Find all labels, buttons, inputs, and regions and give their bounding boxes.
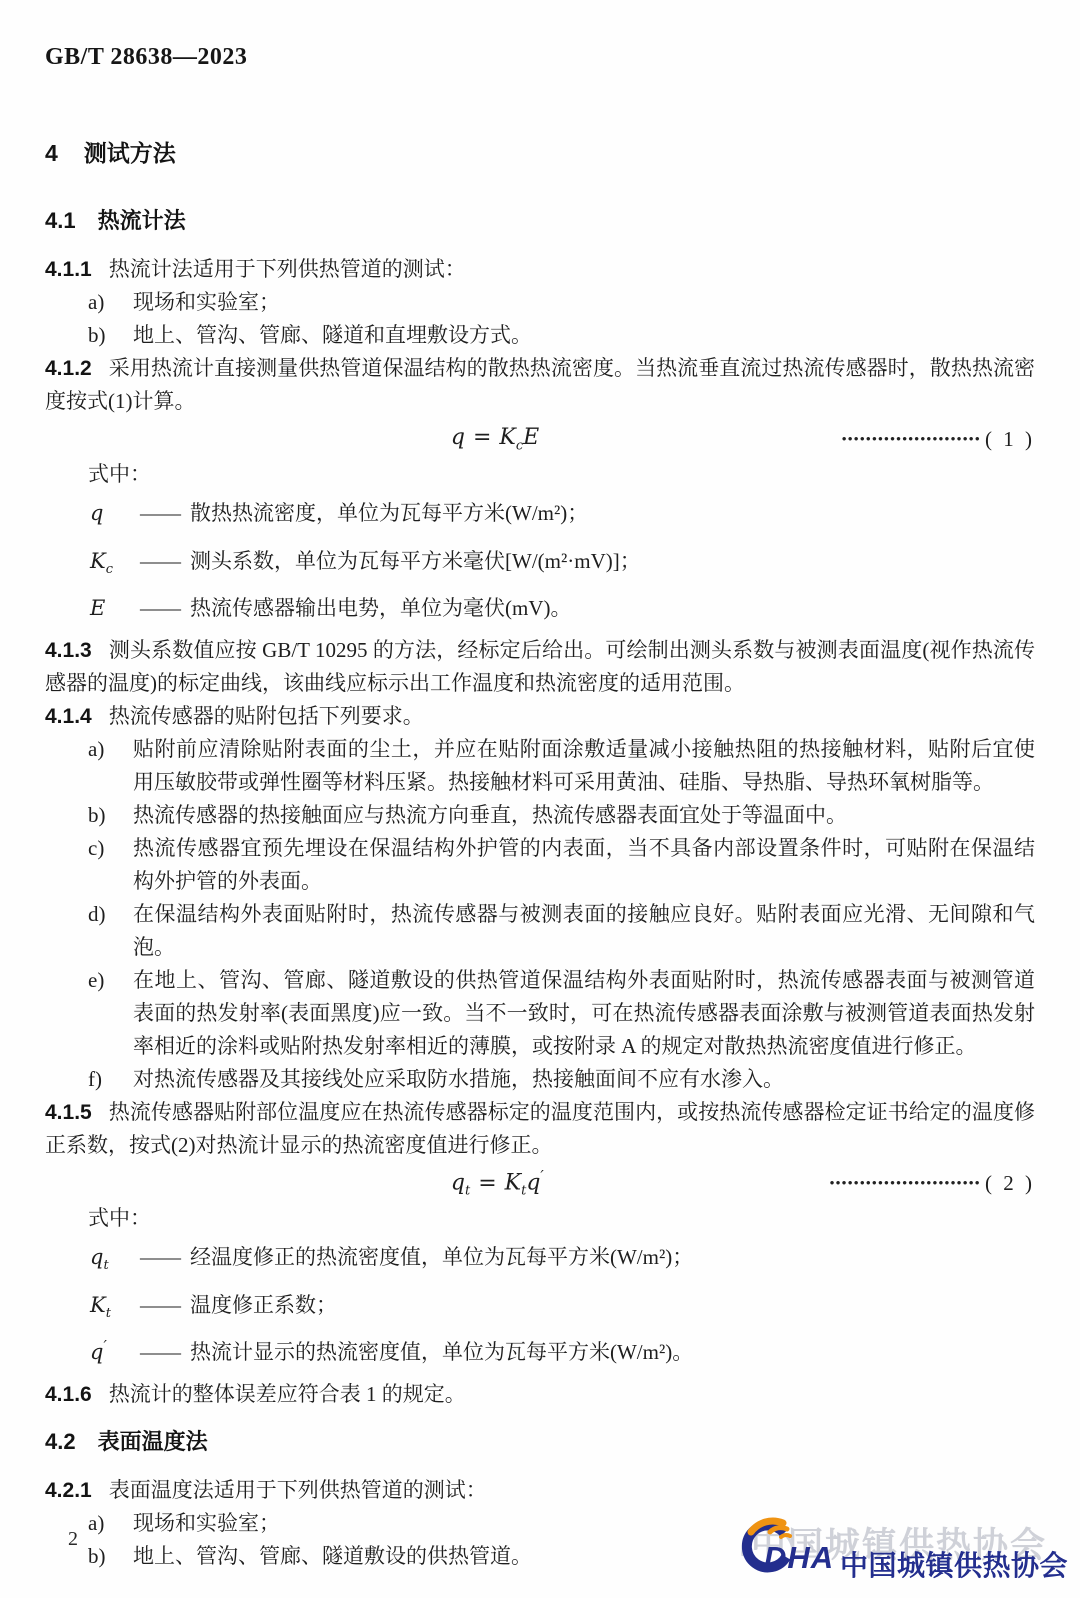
list-marker: a) (88, 286, 104, 319)
list-marker: d) (88, 898, 106, 931)
formula-leader: •••••••••••••••••••••••••( 2 ) (830, 1171, 1035, 1196)
list-text: 对热流传感器及其接线处应采取防水措施，热接触面间不应有水渗入。 (133, 1067, 784, 1091)
formula-var: E (523, 425, 539, 450)
definition-text: 温度修正系数； (190, 1289, 337, 1323)
document-page: GB/T 28638—2023 4 测试方法 4.1 热流计法 4.1.1热流计… (0, 0, 1080, 1598)
clause-4-1-3: 4.1.3测头系数值应按 GB/T 10295 的方法，经标定后给出。可绘制出测… (45, 634, 1035, 700)
leader-dots: ••••••••••••••••••••••••• (830, 1175, 981, 1191)
standard-code: GB/T 28638—2023 (45, 44, 1035, 71)
list-marker: a) (88, 733, 104, 766)
list-marker: e) (88, 964, 104, 997)
section-heading-4: 4 测试方法 (45, 135, 1035, 168)
list-item: f)对热流传感器及其接线处应采取防水措施，热接触面间不应有水渗入。 (45, 1063, 1035, 1096)
symbol: Kc (90, 539, 140, 587)
formula-operator: = (465, 425, 499, 450)
definition-dash: —— (140, 497, 180, 531)
clause-4-1-2: 4.1.2采用热流计直接测量供热管道保温结构的散热热流密度。当热流垂直流过热流传… (45, 352, 1035, 418)
clause-text: 热流计法适用于下列供热管道的测试： (109, 257, 466, 281)
definition-dash: —— (140, 592, 180, 626)
list-text: 地上、管沟、管廊、隧道和直埋敷设方式。 (133, 323, 532, 347)
logo-org-name: 中国城镇供热协会 (840, 1544, 1068, 1584)
definition-dash: —— (140, 1289, 180, 1323)
formula-expression: qt=Ktq′ (451, 1167, 544, 1199)
definition-text: 散热热流密度，单位为瓦每平方米(W/m²)； (190, 497, 588, 531)
list-item: b)热流传感器的热接触面应与热流方向垂直，热流传感器表面宜处于等温面中。 (45, 799, 1035, 832)
clause-4-1-6: 4.1.6热流计的整体误差应符合表 1 的规定。 (45, 1378, 1035, 1411)
where-label: 式中： (45, 1202, 1035, 1235)
definition-dash: —— (140, 1336, 180, 1370)
clause-text: 表面温度法适用于下列供热管道的测试： (109, 1478, 487, 1502)
cdha-logo: 中国城镇供热协会 DHA 中国城镇供热协会 (737, 1504, 1072, 1588)
symbol: Kt (90, 1283, 140, 1331)
formula-expression: q=KcE (451, 425, 539, 453)
symbol-definition: Kc——测头系数，单位为瓦每平方米毫伏[W/(m²·mV)]； (45, 539, 1035, 587)
where-label: 式中： (45, 458, 1035, 491)
clause-number: 4.1.1 (45, 258, 92, 281)
page-number: 2 (68, 1528, 78, 1551)
symbol-definition: qt——经温度修正的热流密度值，单位为瓦每平方米(W/m²)； (45, 1235, 1035, 1283)
definition-dash: —— (140, 1241, 180, 1275)
section-title: 热流计法 (98, 204, 186, 235)
clause-number: 4.1.6 (45, 1383, 92, 1406)
formula-var: K (505, 1171, 521, 1196)
list-marker: f) (88, 1063, 102, 1096)
section-number: 4.1 (45, 208, 76, 234)
clause-number: 4.1.2 (45, 357, 92, 380)
list-text: 现场和实验室； (133, 290, 280, 314)
list-item: c)热流传感器宜预先埋设在保温结构外护管的内表面，当不具备内部设置条件时，可贴附… (45, 832, 1035, 898)
clause-text: 热流传感器的贴附包括下列要求。 (109, 704, 424, 728)
formula-var: K (499, 425, 515, 450)
clause-4-1-4: 4.1.4热流传感器的贴附包括下列要求。 (45, 700, 1035, 733)
list-item: b)地上、管沟、管廊、隧道和直埋敷设方式。 (45, 319, 1035, 352)
list-text: 现场和实验室； (133, 1511, 280, 1535)
formula-2: qt=Ktq′ •••••••••••••••••••••••••( 2 ) (45, 1164, 1035, 1202)
symbol-definition: Kt——温度修正系数； (45, 1283, 1035, 1331)
symbol: q′ (90, 1330, 140, 1378)
clause-text: 测头系数值应按 GB/T 10295 的方法，经标定后给出。可绘制出测头系数与被… (45, 638, 1035, 695)
definition-text: 测头系数，单位为瓦每平方米毫伏[W/(m²·mV)]； (190, 545, 641, 579)
list-marker: b) (88, 799, 106, 832)
clause-text: 热流传感器贴附部位温度应在热流传感器标定的温度范围内，或按热流传感器检定证书给定… (45, 1100, 1035, 1157)
list-item: d)在保温结构外表面贴附时，热流传感器与被测表面的接触应良好。贴附表面应光滑、无… (45, 898, 1035, 964)
list-text: 热流传感器宜预先埋设在保温结构外护管的内表面，当不具备内部设置条件时，可贴附在保… (133, 836, 1035, 893)
definition-text: 经温度修正的热流密度值，单位为瓦每平方米(W/m²)； (190, 1241, 693, 1275)
clause-4-1-5: 4.1.5热流传感器贴附部位温度应在热流传感器标定的温度范围内，或按热流传感器检… (45, 1096, 1035, 1162)
formula-leader: •••••••••••••••••••••••( 1 ) (842, 427, 1035, 452)
list-text: 在地上、管沟、管廊、隧道敷设的供热管道保温结构外表面贴附时，热流传感器表面与被测… (133, 968, 1035, 1058)
list-text: 贴附前应清除贴附表面的尘土，并应在贴附面涂敷适量减小接触热阻的热接触材料，贴附后… (133, 737, 1035, 794)
formula-var: q (451, 1171, 465, 1196)
formula-operator: = (470, 1171, 504, 1196)
clause-number: 4.1.5 (45, 1101, 92, 1124)
clause-number: 4.1.4 (45, 705, 92, 728)
clause-4-1-1: 4.1.1热流计法适用于下列供热管道的测试： (45, 253, 1035, 286)
section-heading-4-1: 4.1 热流计法 (45, 204, 1035, 235)
formula-number: ( 1 ) (985, 427, 1035, 452)
list-marker: a) (88, 1507, 104, 1540)
section-title: 表面温度法 (98, 1425, 208, 1456)
list-item: e)在地上、管沟、管廊、隧道敷设的供热管道保温结构外表面贴附时，热流传感器表面与… (45, 964, 1035, 1063)
list-marker: b) (88, 1540, 106, 1573)
leader-dots: ••••••••••••••••••••••• (842, 431, 981, 447)
clause-text: 热流计的整体误差应符合表 1 的规定。 (109, 1382, 466, 1406)
formula-number: ( 2 ) (985, 1171, 1035, 1196)
clause-text: 采用热流计直接测量供热管道保温结构的散热热流密度。当热流垂直流过热流传感器时，散… (45, 356, 1035, 413)
definition-dash: —— (140, 545, 180, 579)
list-text: 热流传感器的热接触面应与热流方向垂直，热流传感器表面宜处于等温面中。 (133, 803, 847, 827)
symbol: q (90, 491, 140, 539)
list-item: a)贴附前应清除贴附表面的尘土，并应在贴附面涂敷适量减小接触热阻的热接触材料，贴… (45, 733, 1035, 799)
list-marker: c) (88, 832, 104, 865)
clause-number: 4.1.3 (45, 639, 92, 662)
symbol: qt (90, 1235, 140, 1283)
list-marker: b) (88, 319, 106, 352)
section-title: 测试方法 (84, 135, 176, 168)
symbol-definition: q′——热流计显示的热流密度值，单位为瓦每平方米(W/m²)。 (45, 1330, 1035, 1378)
formula-1: q=KcE •••••••••••••••••••••••( 1 ) (45, 420, 1035, 458)
section-number: 4.2 (45, 1429, 76, 1455)
list-text: 地上、管沟、管廊、隧道敷设的供热管道。 (133, 1544, 532, 1568)
logo-abbr-text: DHA (764, 1540, 834, 1576)
list-item: a)现场和实验室； (45, 286, 1035, 319)
symbol-definition: E——热流传感器输出电势，单位为毫伏(mV)。 (45, 586, 1035, 634)
list-text: 在保温结构外表面贴附时，热流传感器与被测表面的接触应良好。贴附表面应光滑、无间隙… (133, 902, 1035, 959)
clause-4-2-1: 4.2.1表面温度法适用于下列供热管道的测试： (45, 1474, 1035, 1507)
formula-sup: ′ (540, 1167, 543, 1185)
section-number: 4 (45, 140, 58, 167)
symbol-definition: q——散热热流密度，单位为瓦每平方米(W/m²)； (45, 491, 1035, 539)
definition-text: 热流传感器输出电势，单位为毫伏(mV)。 (190, 592, 572, 626)
formula-var: q (526, 1171, 540, 1196)
symbol: E (90, 586, 140, 634)
definition-text: 热流计显示的热流密度值，单位为瓦每平方米(W/m²)。 (190, 1336, 693, 1370)
clause-number: 4.2.1 (45, 1479, 92, 1502)
formula-var: q (451, 425, 465, 450)
section-heading-4-2: 4.2 表面温度法 (45, 1425, 1035, 1456)
